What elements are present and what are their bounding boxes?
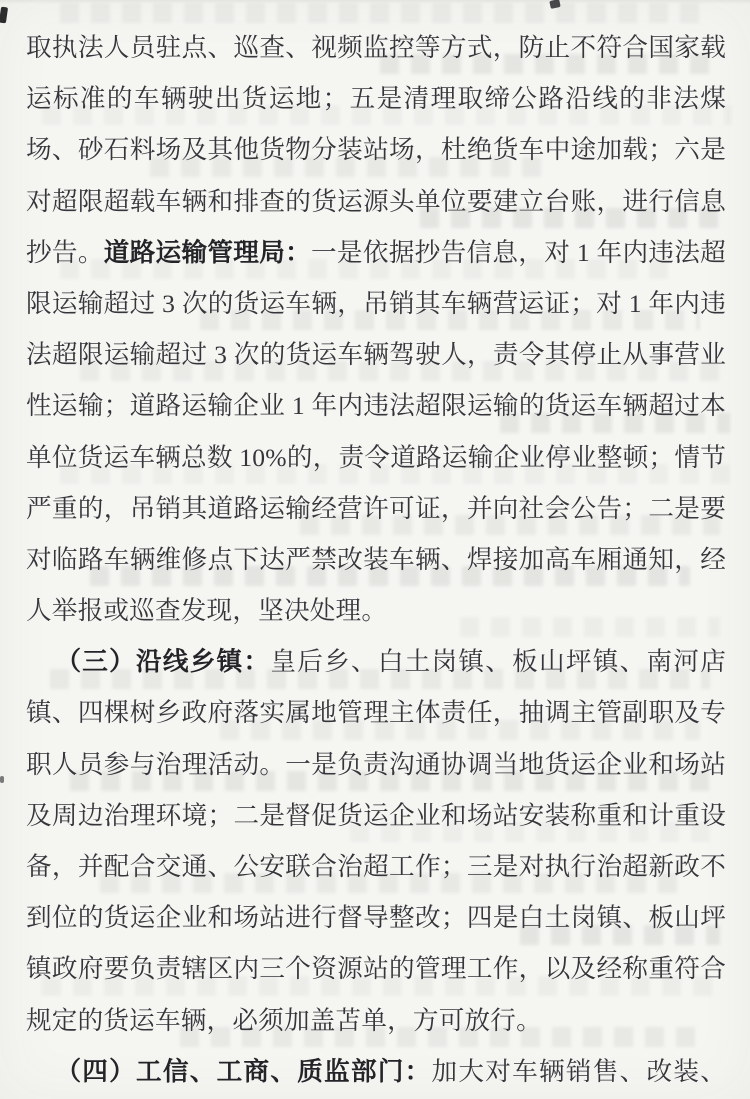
line-segment: 单位货运车辆总数 10%的，责令道路运输企业停业整顿；情节: [26, 443, 726, 472]
line-segment: 规定的货运车辆，必须加盖苫单，方可放行。: [26, 1006, 542, 1035]
text-line: 法超限运输超过 3 次的货运车辆驾驶人，责令其停止从事营业: [26, 329, 726, 380]
text-line: 对临路车辆维修点下达严禁改装车辆、焊接加高车厢通知，经: [26, 534, 726, 585]
line-segment: 取执法人员驻点、巡查、视频监控等方式，防止不符合国家载: [26, 33, 726, 62]
line-segment: 抄告。: [26, 238, 104, 267]
text-line: 取执法人员驻点、巡查、视频监控等方式，防止不符合国家载: [26, 22, 726, 73]
line-segment: 人举报或巡查发现，坚决处理。: [26, 596, 387, 625]
line-segment: 镇政府要负责辖区内三个资源站的管理工作，以及经称重符合: [26, 954, 726, 983]
line-segment: 镇、四棵树乡政府落实属地管理主体责任，抽调主管副职及专: [26, 698, 726, 727]
scan-speck: [549, 0, 560, 9]
document-body: 取执法人员驻点、巡查、视频监控等方式，防止不符合国家载运标准的车辆驶出货运地；五…: [26, 22, 726, 1097]
text-line: 限运输超过 3 次的货运车辆，吊销其车辆营运证；对 1 年内违: [26, 278, 726, 329]
text-line: 性运输；道路运输企业 1 年内违法超限运输的货运车辆超过本: [26, 380, 726, 431]
scan-edge-shading: [0, 0, 750, 4]
line-segment: 性运输；道路运输企业 1 年内违法超限运输的货运车辆超过本: [26, 391, 726, 420]
text-line: 规定的货运车辆，必须加盖苫单，方可放行。: [26, 995, 726, 1046]
line-segment: 限运输超过 3 次的货运车辆，吊销其车辆营运证；对 1 年内违: [26, 289, 726, 318]
line-segment: 备，并配合交通、公安联合治超工作；三是对执行治超新政不: [26, 852, 726, 881]
text-line: 抄告。道路运输管理局：一是依据抄告信息，对 1 年内违法超: [26, 227, 726, 278]
text-line: 单位货运车辆总数 10%的，责令道路运输企业停业整顿；情节: [26, 432, 726, 483]
line-segment: 对超限超载车辆和排查的货运源头单位要建立台账，进行信息: [26, 187, 726, 216]
scanned-document-page: 取执法人员驻点、巡查、视频监控等方式，防止不符合国家载运标准的车辆驶出货运地；五…: [0, 0, 750, 1099]
text-line: （三）沿线乡镇：皇后乡、白土岗镇、板山坪镇、南河店: [26, 636, 726, 687]
line-segment: 严重的，吊销其道路运输经营许可证，并向社会公告；二是要: [26, 494, 726, 523]
heading-segment: 道路运输管理局：: [104, 238, 311, 267]
text-line: 人举报或巡查发现，坚决处理。: [26, 585, 726, 636]
line-segment: 对临路车辆维修点下达严禁改装车辆、焊接加高车厢通知，经: [26, 545, 726, 574]
text-line: 职人员参与治理活动。一是负责沟通协调当地货运企业和场站: [26, 739, 726, 790]
line-segment: 场、砂石料场及其他货物分装站场，杜绝货车中途加载；六是: [26, 135, 726, 164]
line-segment: 职人员参与治理活动。一是负责沟通协调当地货运企业和场站: [26, 750, 726, 779]
text-line: 运标准的车辆驶出货运地；五是清理取缔公路沿线的非法煤: [26, 73, 726, 124]
text-line: （四）工信、工商、质监部门：加大对车辆销售、改装、: [26, 1046, 726, 1097]
line-segment: 到位的货运企业和场站进行督导整改；四是白土岗镇、板山坪: [26, 903, 726, 932]
text-line: 镇政府要负责辖区内三个资源站的管理工作，以及经称重符合: [26, 943, 726, 994]
heading-segment: （三）沿线乡镇：: [55, 647, 270, 676]
text-line: 严重的，吊销其道路运输经营许可证，并向社会公告；二是要: [26, 483, 726, 534]
bleedthrough-ghost-row: [60, 3, 700, 23]
text-line: 及周边治理环境；二是督促货运企业和场站安装称重和计重设: [26, 790, 726, 841]
line-segment: 及周边治理环境；二是督促货运企业和场站安装称重和计重设: [26, 801, 726, 830]
line-segment: 一是依据抄告信息，对 1 年内违法超: [311, 238, 726, 267]
text-line: 镇、四棵树乡政府落实属地管理主体责任，抽调主管副职及专: [26, 687, 726, 738]
scan-speck: [0, 7, 8, 24]
scan-speck: [0, 776, 4, 783]
line-segment: 法超限运输超过 3 次的货运车辆驾驶人，责令其停止从事营业: [26, 340, 726, 369]
line-segment: 运标准的车辆驶出货运地；五是清理取缔公路沿线的非法煤: [26, 84, 726, 113]
line-segment: 加大对车辆销售、改装、: [432, 1057, 726, 1086]
line-segment: 皇后乡、白土岗镇、板山坪镇、南河店: [270, 647, 726, 676]
text-line: 场、砂石料场及其他货物分装站场，杜绝货车中途加载；六是: [26, 124, 726, 175]
text-line: 对超限超载车辆和排查的货运源头单位要建立台账，进行信息: [26, 176, 726, 227]
text-line: 到位的货运企业和场站进行督导整改；四是白土岗镇、板山坪: [26, 892, 726, 943]
text-line: 备，并配合交通、公安联合治超工作；三是对执行治超新政不: [26, 841, 726, 892]
heading-segment: （四）工信、工商、质监部门：: [55, 1057, 431, 1086]
